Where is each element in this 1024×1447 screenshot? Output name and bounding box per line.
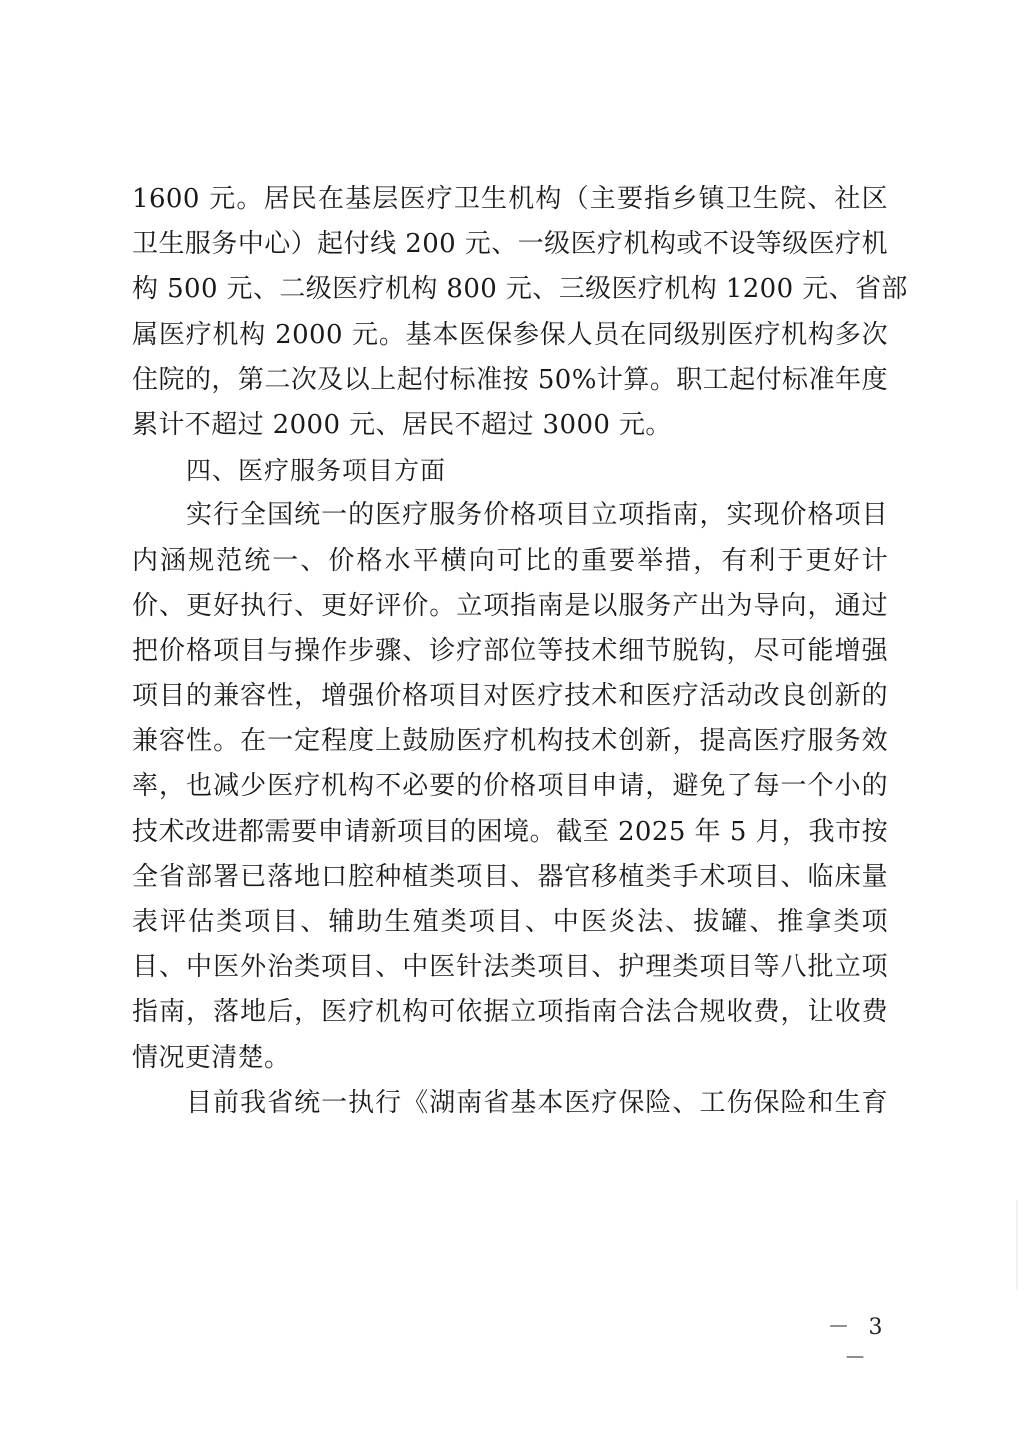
text-line: 项目的兼容性，增强价格项目对医疗技术和医疗活动改良创新的 bbox=[132, 674, 888, 719]
text-line: 住院的，第二次及以上起付标准按 50%计算。职工起付标准年度 bbox=[132, 358, 888, 403]
text-line: 卫生服务中心）起付线 200 元、一级医疗机构或不设等级医疗机 bbox=[132, 222, 888, 267]
text-line: 目前我省统一执行《湖南省基本医疗保险、工伤保险和生育 bbox=[132, 1081, 888, 1126]
text-line: 属医疗机构 2000 元。基本医保参保人员在同级别医疗机构多次 bbox=[132, 313, 888, 358]
text-line: 价、更好执行、更好评价。立项指南是以服务产出为导向，通过 bbox=[132, 584, 888, 629]
document-body: 1600 元。居民在基层医疗卫生机构（主要指乡镇卫生院、社区 卫生服务中心）起付… bbox=[132, 177, 888, 1126]
page-number: － 3 － bbox=[826, 1310, 890, 1372]
text-line: 表评估类项目、辅助生殖类项目、中医炎法、拔罐、推拿类项 bbox=[132, 900, 888, 945]
text-line: 率，也减少医疗机构不必要的价格项目申请，避免了每一个小的 bbox=[132, 764, 888, 809]
text-line: 内涵规范统一、价格水平横向可比的重要举措，有利于更好计 bbox=[132, 539, 888, 584]
text-line: 实行全国统一的医疗服务价格项目立项指南，实现价格项目 bbox=[132, 493, 888, 538]
text-line: 把价格项目与操作步骤、诊疗部位等技术细节脱钩，尽可能增强 bbox=[132, 629, 888, 674]
text-line: 1600 元。居民在基层医疗卫生机构（主要指乡镇卫生院、社区 bbox=[132, 177, 888, 222]
scan-edge-mark bbox=[1016, 1200, 1018, 1290]
text-line: 情况更清楚。 bbox=[132, 1036, 888, 1081]
text-line: 构 500 元、二级医疗机构 800 元、三级医疗机构 1200 元、省部 bbox=[132, 267, 888, 312]
text-line: 目、中医外治类项目、中医针法类项目、护理类项目等八批立项 bbox=[132, 945, 888, 990]
text-line: 指南，落地后，医疗机构可依据立项指南合法合规收费，让收费 bbox=[132, 990, 888, 1035]
text-line: 累计不超过 2000 元、居民不超过 3000 元。 bbox=[132, 403, 888, 448]
document-page: 1600 元。居民在基层医疗卫生机构（主要指乡镇卫生院、社区 卫生服务中心）起付… bbox=[0, 0, 1024, 1447]
text-line: 技术改进都需要申请新项目的困境。截至 2025 年 5 月，我市按 bbox=[132, 810, 888, 855]
text-line: 全省部署已落地口腔种植类项目、器官移植类手术项目、临床量 bbox=[132, 855, 888, 900]
text-line: 兼容性。在一定程度上鼓励医疗机构技术创新，提高医疗服务效 bbox=[132, 719, 888, 764]
section-heading: 四、医疗服务项目方面 bbox=[132, 448, 888, 493]
